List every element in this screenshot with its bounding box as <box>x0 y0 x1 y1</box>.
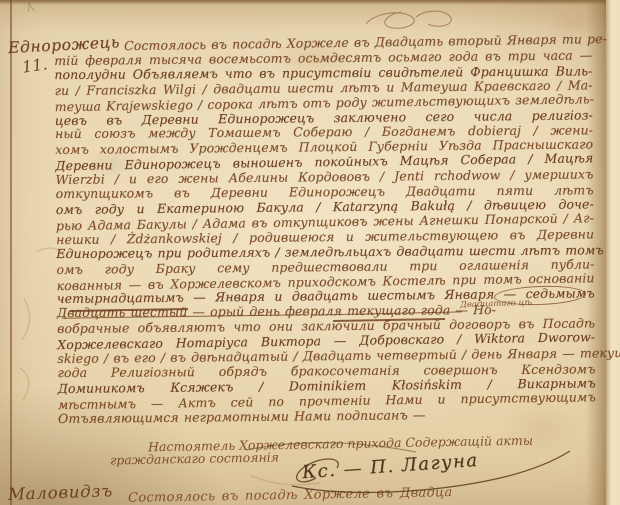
adjacent-page-edge <box>606 0 620 505</box>
record-body-text: Состоялось въ посадѣ Хоржеле въ Двадцать… <box>54 33 596 426</box>
closing-line: гражданскаго состоянія <box>110 450 279 468</box>
priest-signature: Кс. — П. Лагуна <box>301 450 479 483</box>
next-record-place-title: Маловидзъ <box>8 481 114 504</box>
record-number: 11. <box>21 54 49 76</box>
top-ink-loops <box>366 11 451 28</box>
manuscript-page: Еднорожець 11. Состоялось въ посадѣ Хорж… <box>0 0 620 505</box>
pencil-mark <box>28 1 34 12</box>
binding-margin-line <box>10 0 12 505</box>
next-record-first-line: Состоялось въ посадѣ Хоржеле въ Двадца <box>128 485 453 505</box>
